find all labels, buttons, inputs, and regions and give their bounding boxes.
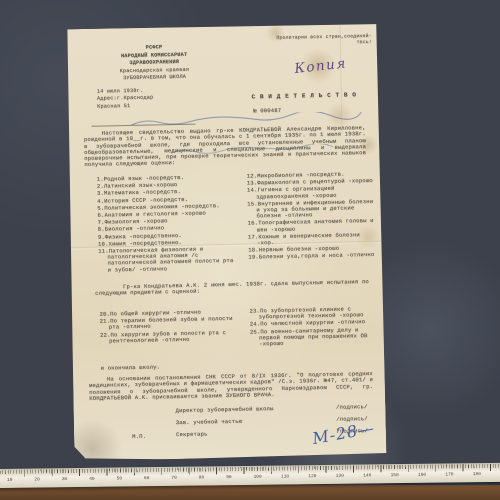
ruler-number: 140 xyxy=(363,473,371,478)
ruler-number: 180 xyxy=(473,472,481,477)
signature-role: Директор зубоврачебной школы xyxy=(175,405,273,414)
ruler-number: 130 xyxy=(336,474,344,479)
signature-role: Секретарь xyxy=(176,430,208,438)
photo-background: РСФСРНАРОДНЫЙ КОМИССАРИАТЗДРАВООХРАНЕНИЯ… xyxy=(0,0,500,500)
ruler-number: 110 xyxy=(281,474,289,479)
signature-role: Зав. учебной частью xyxy=(176,418,243,426)
letterhead-line: ЗУБОВРАЧЕБНАЯ ШКОЛА xyxy=(88,73,220,83)
slogan: Пролетарии всех стран,соединяй- тесь! xyxy=(212,34,372,49)
ruler-number: 100 xyxy=(254,475,262,480)
exam-line: 22.По хирургии зубов и полости рта с рен… xyxy=(100,329,242,344)
letterhead: РСФСРНАРОДНЫЙ КОМИССАРИАТЗДРАВООХРАНЕНИЯ… xyxy=(88,43,221,111)
decree-paragraph: На основании постановления СНК СССР от 8… xyxy=(89,371,373,402)
copy-handwriting: Копия xyxy=(294,52,375,77)
letterhead-underline xyxy=(92,124,196,127)
exams-right-list: 23.По зубопротезной клинике с зубопротез… xyxy=(249,306,380,349)
exam-line: 25.По военно-санитарному делу и первой п… xyxy=(250,326,380,347)
certificate-title: С В И Д Е Т Е Л Ь С Т В О xyxy=(243,91,365,101)
subject-line: 19.Болезни уха,горла и носа -отлично xyxy=(248,252,378,261)
ruler-number: 80 xyxy=(199,475,204,480)
subjects-left-list: 1.Родной язык -посредств.2.Латинский язы… xyxy=(97,174,241,275)
stamp-mark: М.П. xyxy=(132,433,146,440)
ruler-number: 50 xyxy=(117,476,122,481)
ruler-number: 160 xyxy=(418,473,426,478)
wood-surface xyxy=(0,485,500,500)
ruler-number: 20 xyxy=(34,477,39,482)
certificate-number: № 000487 xyxy=(253,107,281,115)
ruler-number: 70 xyxy=(171,476,176,481)
subject-line: 11.Патологическая физиология и патологич… xyxy=(98,246,240,274)
ruler-number: 30 xyxy=(62,477,67,482)
intro-paragraph: Настоящее свидетельство выдано гр-ке КОН… xyxy=(84,125,367,169)
ruler-number: 60 xyxy=(144,476,149,481)
signature-placeholder: /подпись/ xyxy=(336,403,368,411)
ruler-number: 10 xyxy=(7,478,12,483)
ruler-number: 40 xyxy=(89,477,94,482)
ruler-number: 120 xyxy=(308,474,316,479)
ruler-number: 90 xyxy=(226,475,231,480)
closing-line: и окончила школу. xyxy=(101,363,161,371)
subject-line: 10.Химия -посредственно. xyxy=(98,239,240,248)
document-paper: РСФСРНАРОДНЫЙ КОМИССАРИАТЗДРАВООХРАНЕНИЯ… xyxy=(66,23,387,461)
exam-intro-paragraph: Гр-ка Кондратьева А.К. 2 июня мес. 1938г… xyxy=(95,279,369,297)
subjects-right-list: 12.Микробиология -посредств.13.Фармаколо… xyxy=(247,171,379,262)
exams-left-list: 20.По общей хирургии -отлично21.По терап… xyxy=(99,309,242,346)
ruler-number: 170 xyxy=(445,472,453,477)
ruler-number: 150 xyxy=(391,473,399,478)
